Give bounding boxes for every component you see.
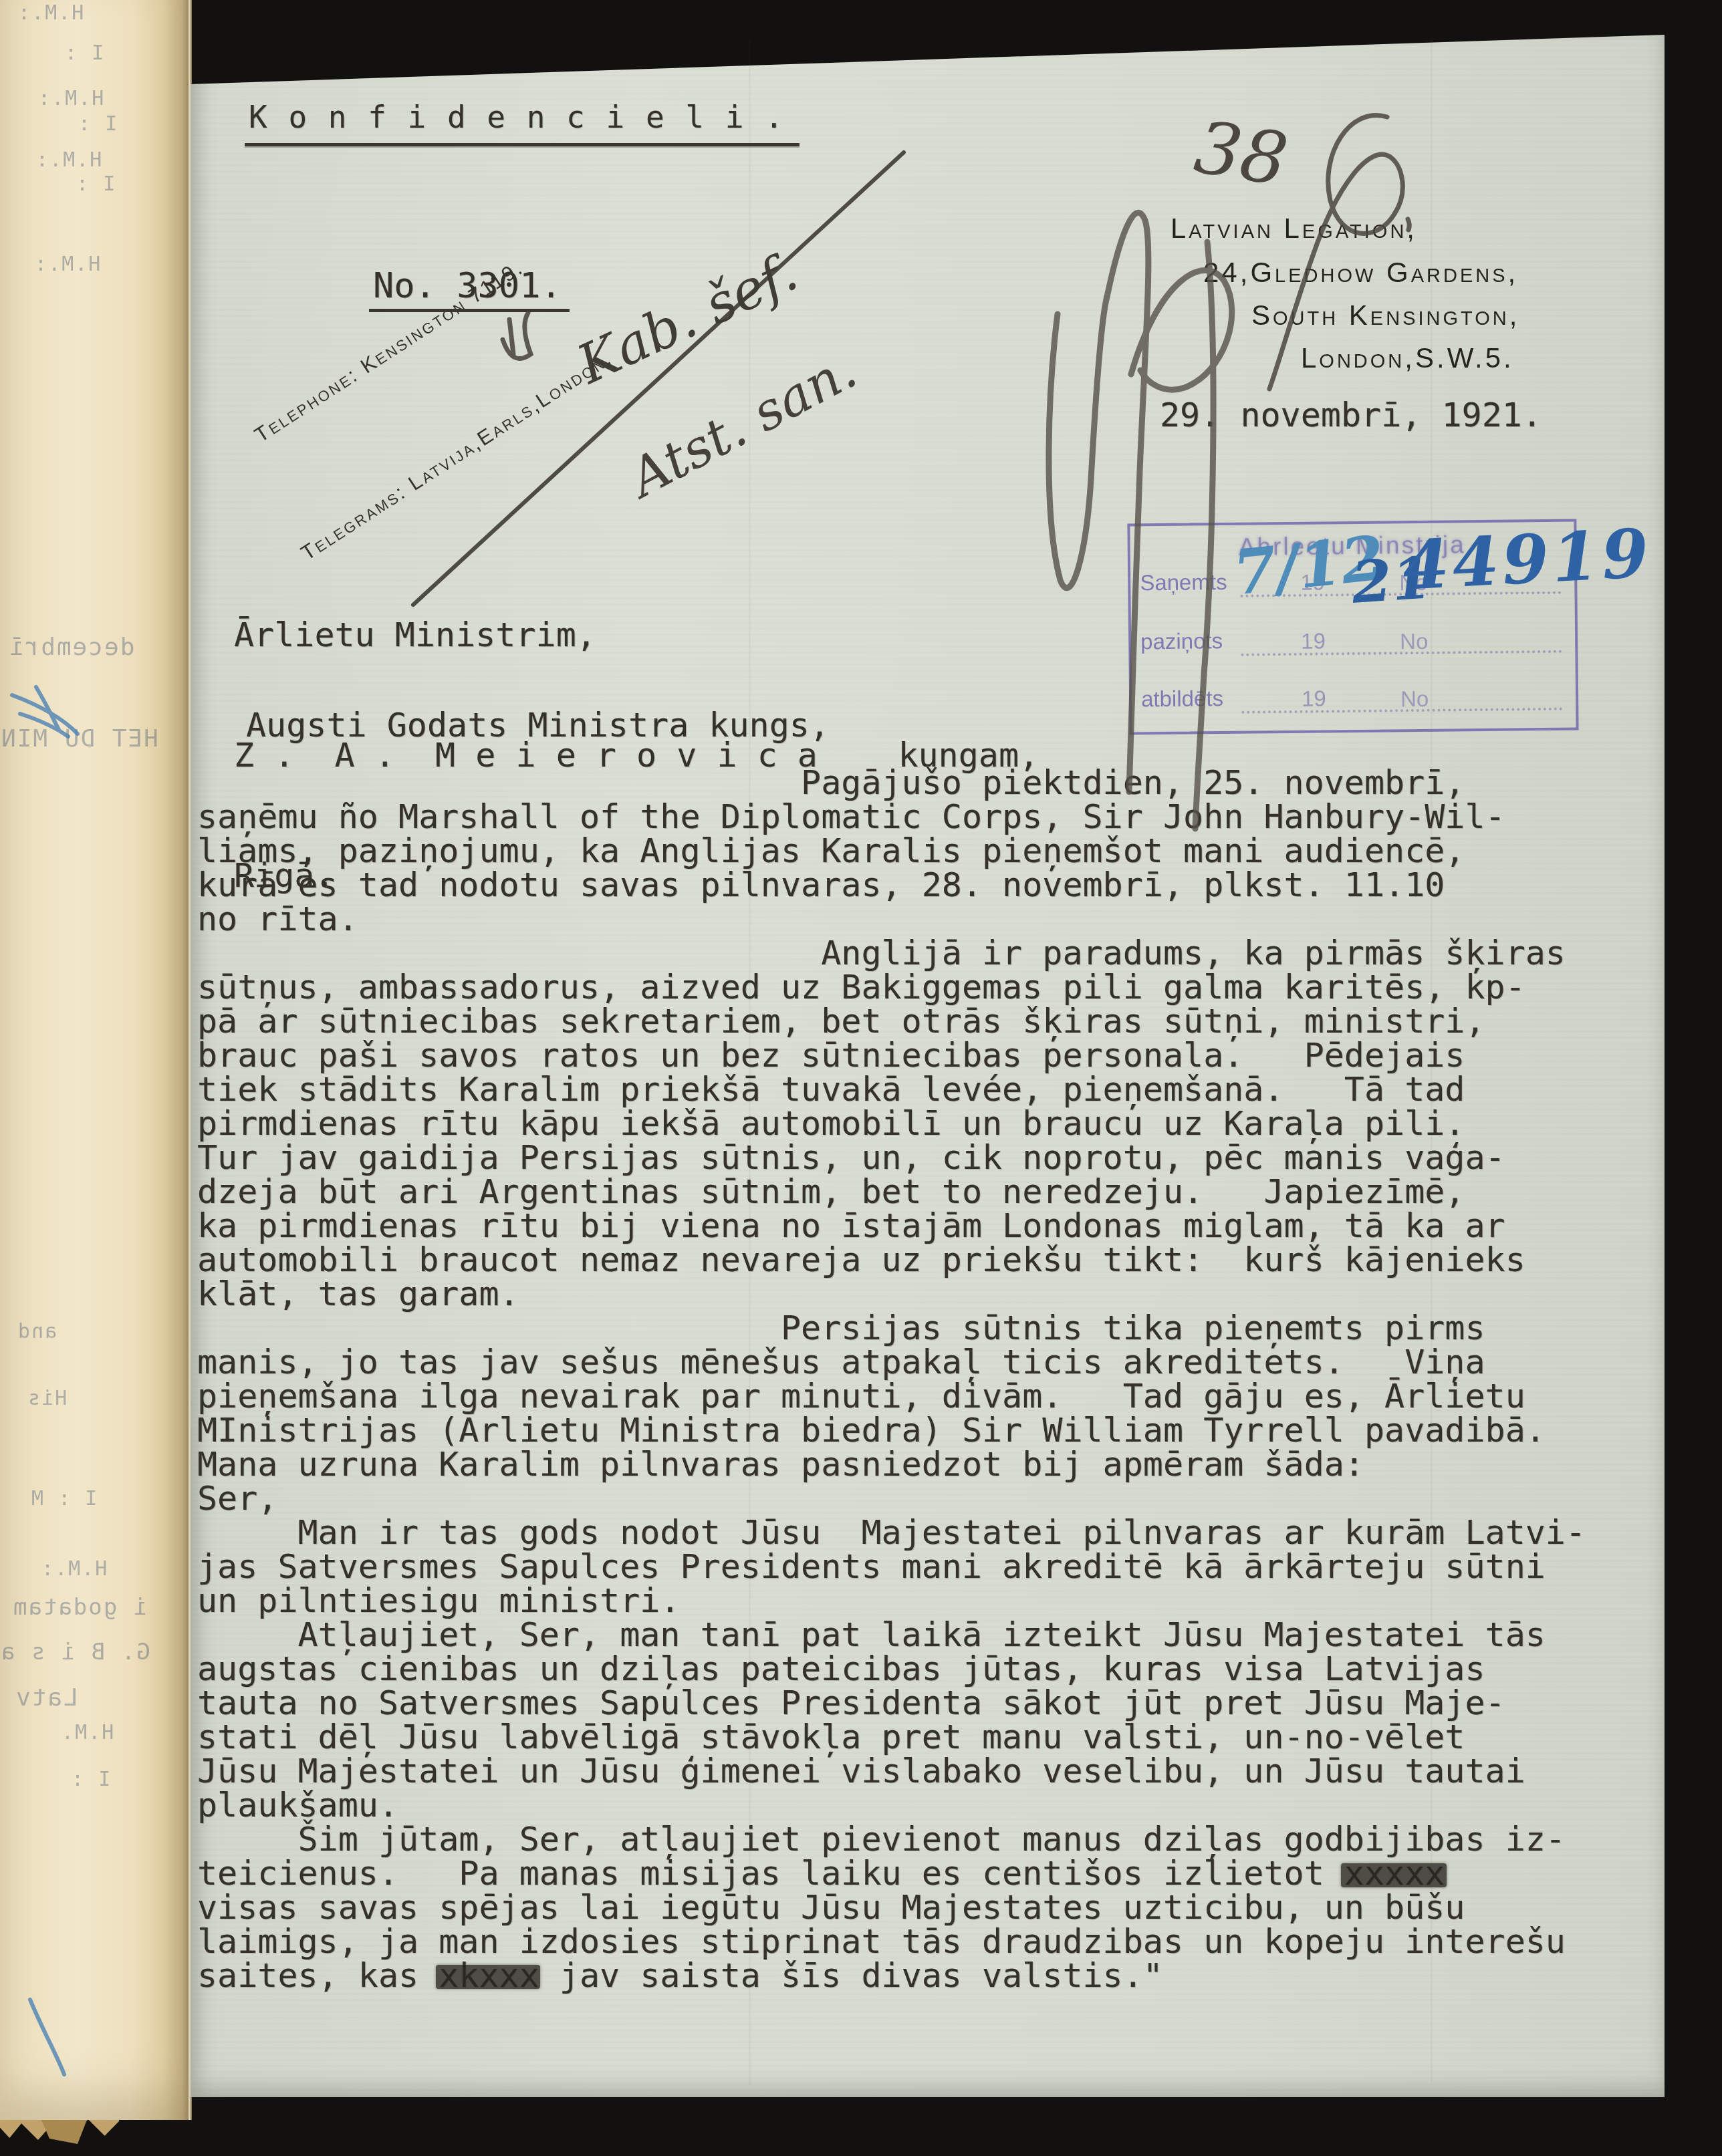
body-line: visas savas spējas lai iegūtu Jūsu Majes… (197, 1891, 1586, 1925)
body-line: kurā es tad nodotu savas pilnvaras, 28. … (197, 868, 1586, 902)
body-line: Šim jūtam, Ser, atļaujiet pievienot manu… (197, 1823, 1586, 1857)
body-line: tauta no Satversmes Sapulces Presidenta … (197, 1686, 1586, 1720)
bleedthrough-text: I : (64, 41, 104, 65)
bleedthrough-text: H.M.: (33, 253, 100, 276)
body-line: un pilntiesigu ministri. (197, 1584, 1586, 1618)
bleedthrough-text: I : M (30, 1487, 97, 1510)
salutation: Augsti Godats Ministra kungs, (246, 706, 830, 745)
heading-underline (245, 143, 799, 146)
stamp-handwritten-number: 44919 (1400, 513, 1654, 605)
bleedthrough-text: G. B i s a (0, 1639, 150, 1665)
bleedthrough-text: i godatam (12, 1594, 147, 1621)
bleedthrough-text: I : (75, 172, 115, 196)
body-line: Jūsu Majestatei un Jūsu ģimenei vislabak… (197, 1754, 1586, 1788)
bleedthrough-text: H.M.: (17, 1, 84, 25)
bleedthrough-text: H.M.: (40, 1557, 107, 1581)
reference-number: No. 3301. (373, 266, 562, 306)
letterhead-line: London,S.W.5. (1301, 342, 1514, 374)
bleedthrough-text: HET DU MIN (0, 725, 158, 753)
body-line: Man ir tas gods nodot Jūsu Majestatei pi… (197, 1516, 1586, 1550)
body-line: klāt, tas garam. (197, 1277, 1586, 1311)
document-scan: H.M.: I : H.M.: I : H.M.: I : H.M.: dece… (0, 0, 1722, 2156)
stamp-label: paziņots (1140, 628, 1223, 654)
bleedthrough-text: H.M.: (37, 87, 104, 110)
body-line: Ser, (197, 1482, 1586, 1516)
struck-out-word (436, 1965, 540, 1989)
previous-page-edge (0, 0, 192, 2120)
body-line: Mana uzruna Karalim pilnvaras pasniedzot… (197, 1448, 1586, 1482)
stamp-row-answered: atbildēts 19 No (1141, 682, 1563, 722)
body-line: Pagājušo piektdien, 25. novembrī, (197, 766, 1586, 800)
body-line: Tur jav gaidija Persijas sūtnis, un, cik… (197, 1141, 1586, 1175)
reference-underline (369, 309, 570, 312)
bleedthrough-text: I : (77, 112, 117, 136)
body-line: Atļaujiet, Ser, man tanī pat laikā iztei… (197, 1618, 1586, 1652)
body-line: ka pirmdienas rītu bij viena no īstajām … (197, 1209, 1586, 1243)
bleedthrough-text: I : (70, 1768, 110, 1791)
stamp-label: atbildēts (1141, 686, 1223, 712)
bleedthrough-text: H.M. (60, 1721, 114, 1744)
body-line: stati dēļ Jūsu labvēligā stāvokļa pret m… (197, 1720, 1586, 1754)
body-line: manis, jo tas jav sešus mēnešus atpakaļ … (197, 1345, 1586, 1379)
body-line: saites, kas xkxxx jav saista šīs divas v… (197, 1959, 1586, 1993)
stamp-row-notified: paziņots 19 No (1140, 625, 1562, 664)
body-line: Anglijā ir paradums, ka pirmās šķiras (197, 936, 1586, 970)
body-line: dzeja būt ari Argentinas sūtnim, bet to … (197, 1175, 1586, 1209)
body-line: automobili braucot nemaz nevareja uz pri… (197, 1243, 1586, 1277)
stamp-no-prefix: No (1400, 686, 1429, 712)
struck-out-word (1341, 1863, 1447, 1887)
bleedthrough-text: Latv (15, 1684, 78, 1712)
letterhead-line: Latvian Legation, (1171, 213, 1417, 245)
bleedthrough-text: and (17, 1320, 57, 1343)
bleedthrough-text: His (27, 1387, 67, 1410)
body-line: pā ar sūtniecibas sekretariem, bet otrās… (197, 1004, 1586, 1039)
body-line: jas Satversmes Sapulces Presidents mani … (197, 1550, 1586, 1584)
recipient-line: Ārlietu Ministrim, (234, 615, 1039, 655)
letterhead-line: 24,Gledhow Gardens, (1203, 257, 1518, 289)
body-line: saņēmu ño Marshall of the Diplomatic Cor… (197, 800, 1586, 834)
body-line: augstas cienibas un dziļas pateicibas jū… (197, 1652, 1586, 1686)
letter-body: Pagājušo piektdien, 25. novembrī,saņēmu … (197, 766, 1586, 1993)
bleedthrough-text: decembrī (8, 634, 134, 661)
body-line: laimigs, ja man izdosies stiprinat tās d… (197, 1925, 1586, 1959)
body-line: liams, paziņojumu, ka Anglijas Karalis p… (197, 834, 1586, 868)
body-line: MInistrijas (Ārlietu Ministra biedra) Si… (197, 1413, 1586, 1448)
stamp-label: Saņemts (1140, 569, 1227, 595)
letterhead-line: South Kensington, (1251, 299, 1519, 331)
body-line: tiek stādits Karalim priekšā tuvakā levé… (197, 1073, 1586, 1107)
body-line: pirmdienas rītu kāpu iekšā automobilī un… (197, 1107, 1586, 1141)
body-line: plaukšamu. (197, 1788, 1586, 1823)
stamp-no-prefix: No (1400, 629, 1429, 654)
classification-heading: K o n f i d e n c i e l i . (249, 99, 785, 135)
stamp-year-prefix: 19 (1302, 686, 1326, 711)
body-line: sūtņus, ambassadorus, aizved uz Bakiggem… (197, 970, 1586, 1004)
handwritten-page-number: 38 (1189, 106, 1293, 203)
body-line: no rīta. (197, 902, 1586, 936)
letter-date: 29. novembrī, 1921. (1160, 396, 1542, 434)
torn-paper-fragment (40, 2117, 87, 2144)
bleedthrough-text: H.M.: (35, 148, 102, 172)
body-line: brauc paši savos ratos un bez sūtnieciba… (197, 1039, 1586, 1073)
body-line: Persijas sūtnis tika pieņemts pirms (197, 1311, 1586, 1345)
body-line: pieņemšana ilga nevairak par minuti, div… (197, 1379, 1586, 1413)
stamp-year-prefix: 19 (1301, 628, 1326, 654)
